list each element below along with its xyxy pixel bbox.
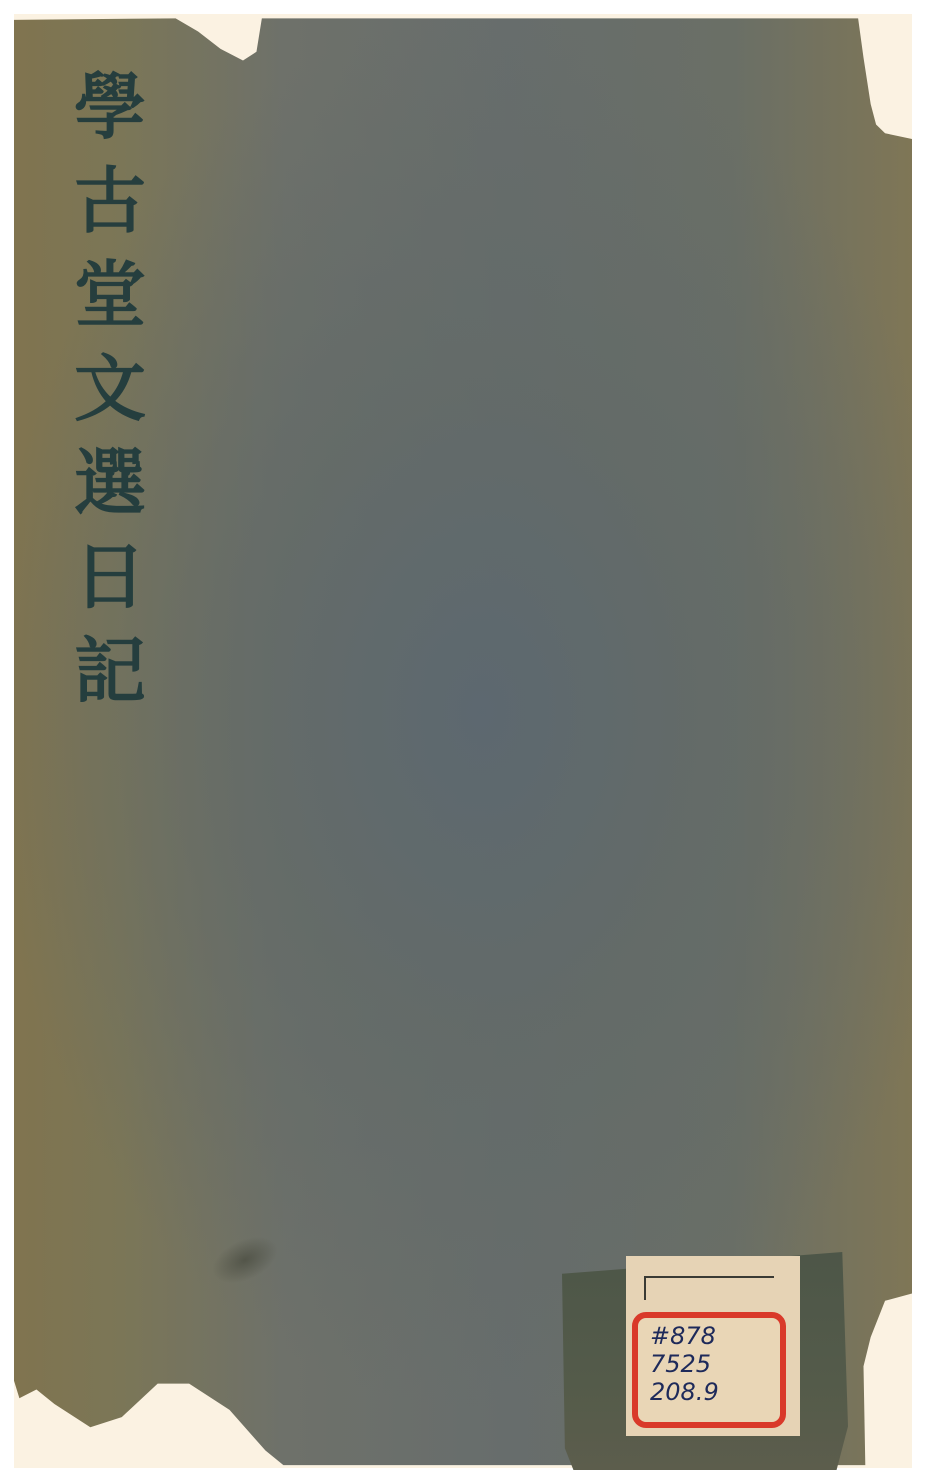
library-label: #878 7525 208.9 bbox=[626, 1256, 800, 1436]
title-char: 選 bbox=[74, 436, 146, 530]
title-char: 日 bbox=[74, 530, 146, 624]
cover-title: 學 古 堂 文 選 日 記 bbox=[60, 60, 160, 718]
call-number-line: #878 bbox=[650, 1322, 780, 1350]
title-char: 學 bbox=[74, 60, 146, 154]
call-number-line: 208.9 bbox=[650, 1378, 780, 1406]
title-char: 古 bbox=[74, 154, 146, 248]
title-char: 文 bbox=[74, 342, 146, 436]
title-char: 堂 bbox=[74, 248, 146, 342]
label-ruled-line bbox=[644, 1276, 774, 1300]
title-char: 記 bbox=[74, 624, 146, 718]
call-number-box: #878 7525 208.9 bbox=[632, 1312, 786, 1428]
call-number-line: 7525 bbox=[650, 1350, 780, 1378]
